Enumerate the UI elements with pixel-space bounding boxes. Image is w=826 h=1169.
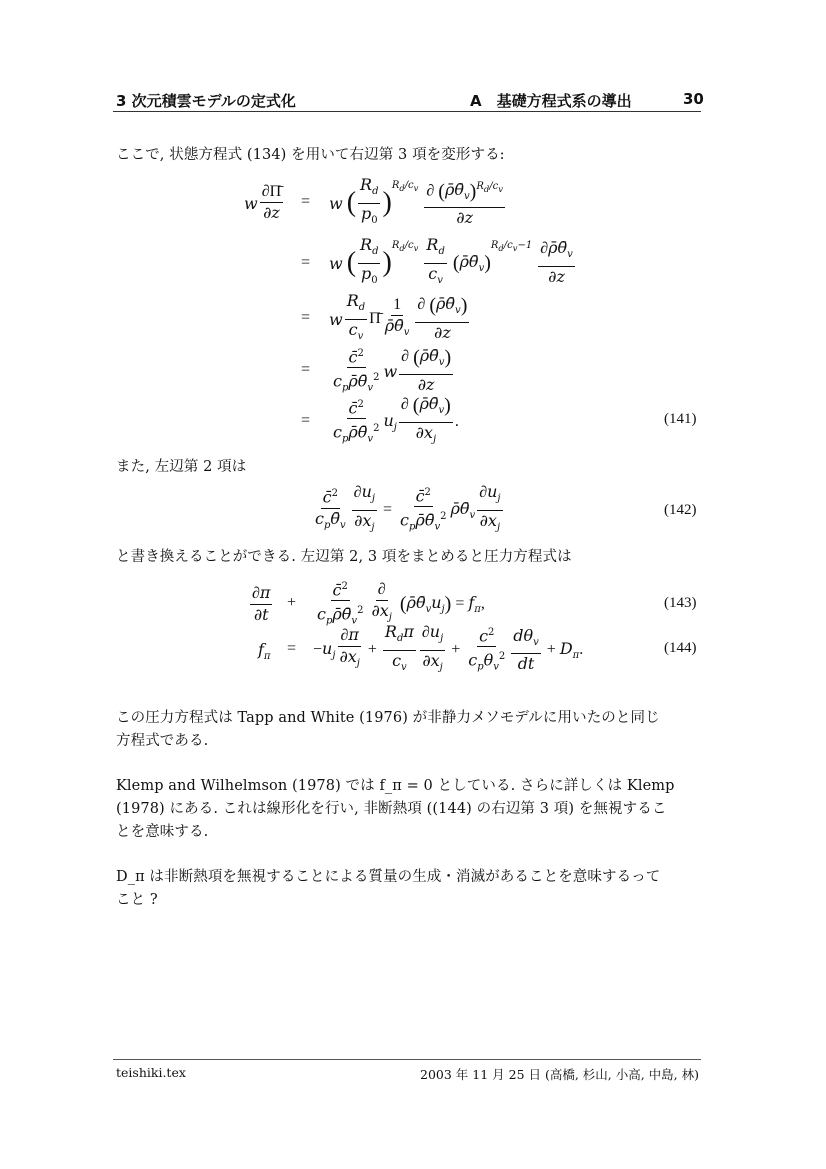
equation-144-rhs: −uj ∂π∂xj + Rdπcv ∂uj∂xj + c2cpθv2 dθvdt…	[313, 627, 583, 673]
paragraph-second-term: また, 左辺第 2 項は	[116, 456, 246, 478]
equation-144-lhs: fπ	[258, 640, 271, 662]
footer-date-authors: 2003 年 11 月 25 日 (高橋, 杉山, 小高, 中島, 林)	[420, 1065, 699, 1083]
eq141-line-4: c̄2cpρ̄θ̄v2w ∂ (ρ̄θ̄v)∂z	[329, 348, 455, 394]
paragraph-d-pi-line-2: こと ?	[116, 889, 158, 911]
paragraph-tapp-white-line-1: この圧力方程式は Tapp and White (1976) が非静力メソモデル…	[116, 707, 660, 729]
paragraph-pressure-equation: と書き換えることができる. 左辺第 2, 3 項をまとめると圧力方程式は	[116, 546, 572, 568]
equation-143-lhs: ∂π∂t	[248, 581, 274, 627]
eq141-lhs: w ∂Π̄∂z	[244, 180, 285, 226]
running-header-chapter: 3 次元積雲モデルの定式化	[116, 90, 296, 111]
eq141-equals-4: =	[301, 361, 310, 379]
eq141-equals-1: =	[301, 193, 310, 211]
footer-rule	[113, 1059, 701, 1060]
eq141-equals-3: =	[301, 309, 310, 327]
paragraph-klemp-line-1: Klemp and Wilhelmson (1978) では f_π = 0 と…	[116, 775, 675, 797]
eq141-line-1: w (Rdp0)Rd/cv ∂ (ρ̄θ̄v)Rd/cv∂z	[329, 180, 507, 226]
equation-number-143: (143)	[664, 595, 697, 612]
eq141-equals-5: =	[301, 412, 310, 430]
equation-144-equals: =	[287, 640, 296, 658]
equation-143-plus: +	[287, 594, 296, 612]
paragraph-klemp-line-3: とを意味する.	[116, 821, 208, 843]
footer-filename: teishiki.tex	[116, 1065, 186, 1080]
paragraph-d-pi-line-1: D_π は非断熱項を無視することによる質量の生成・消滅があることを意味するって	[116, 866, 660, 888]
eq141-equals-2: =	[301, 254, 310, 272]
equation-number-142: (142)	[664, 502, 697, 519]
equation-number-141: (141)	[664, 411, 697, 428]
paragraph-klemp-line-2: (1978) にある. これは線形化を行い, 非断熱項 ((144) の右辺第 …	[116, 798, 666, 820]
eq141-line-5: c̄2cpρ̄θ̄v2uj ∂ (ρ̄θ̄v)∂xj.	[329, 399, 459, 445]
paragraph-intro: ここで, 状態方程式 (134) を用いて右辺第 3 項を変形する:	[116, 144, 505, 166]
paragraph-tapp-white-line-2: 方程式である.	[116, 730, 208, 752]
equation-number-144: (144)	[664, 640, 697, 657]
eq141-line-3: wRdcvΠ̄1ρ̄θ̄v ∂ (ρ̄θ̄v)∂z	[329, 296, 471, 342]
eq141-line-2: w (Rdp0)Rd/cv Rdcv (ρ̄θ̄v)Rd/cv−1 ∂ρ̄θ̄v…	[329, 240, 577, 286]
running-header-section: A 基礎方程式系の導出	[470, 90, 632, 111]
page-number: 30	[683, 90, 704, 108]
equation-143-rhs: c̄2cpρ̄θ̄v2 ∂∂xj (ρ̄θ̄vuj) = fπ,	[313, 581, 485, 627]
equation-142: c̄2cpθ̄v ∂uj∂xj = c̄2cpρ̄θ̄v2ρ̄θ̄v ∂uj∂x…	[311, 487, 505, 533]
header-rule	[113, 111, 701, 112]
